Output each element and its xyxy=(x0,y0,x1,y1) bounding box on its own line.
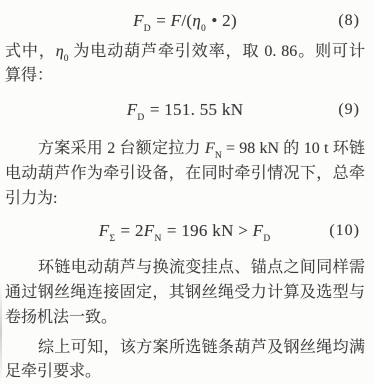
eq9-value: = 151. 55 kN xyxy=(145,100,243,119)
p2-F-subscript: N xyxy=(215,151,222,161)
eq10-mid1: = 2 xyxy=(116,221,144,240)
paragraph-scheme: 方案采用 2 台额定拉力 FN = 98 kN 的 10 t 环链 电动葫芦作为… xyxy=(5,136,365,211)
p1-eta-subscript: 0 xyxy=(64,54,69,64)
p1-text-b: 为电动葫芦牵引效率，取 0. 86。则可计 xyxy=(68,43,365,60)
equation-10-formula: FΣ = 2FN = 196 kN > FD xyxy=(99,221,271,241)
eq8-F: F xyxy=(133,11,144,30)
p2-text-a: 方案采用 2 台额定拉力 xyxy=(38,140,205,157)
equation-10-number: (10) xyxy=(329,222,360,240)
eq10-D-subscript: D xyxy=(263,234,270,244)
body-line: 通过钢丝绳连接固定，其钢丝绳受力计算及选型与 xyxy=(5,280,365,305)
eq10-F-rated: F xyxy=(144,221,155,240)
eq8-equals: = xyxy=(152,11,171,30)
body-line: 足牵引要求。 xyxy=(5,360,365,384)
eq9-F-subscript: D xyxy=(137,113,144,123)
eq10-N-subscript: N xyxy=(154,234,161,244)
eq10-mid2: = 196 kN > xyxy=(162,221,252,240)
body-line: 式中，η0 为电动葫芦牵引效率，取 0. 86。则可计 xyxy=(5,40,365,64)
paragraph-where-clause: 式中，η0 为电动葫芦牵引效率，取 0. 86。则可计 算得： xyxy=(5,40,365,88)
eq8-eta-subscript: 0 xyxy=(201,24,206,34)
journal-page: FD = F/(η0 • 2) (8) 式中，η0 为电动葫芦牵引效率，取 0.… xyxy=(0,0,374,384)
body-line: 方案采用 2 台额定拉力 FN = 98 kN 的 10 t 环链 xyxy=(5,136,365,161)
body-line: 环链电动葫芦与换流变挂点、锚点之间同样需 xyxy=(5,255,365,280)
eq10-sigma-subscript: Σ xyxy=(109,234,115,244)
paragraph-conclusion: 综上可知，该方案所选链条葫芦及钢丝绳均满 足牵引要求。 xyxy=(5,336,365,384)
eq8-eta: η xyxy=(192,11,201,30)
body-line: 卷扬机法一致。 xyxy=(5,305,365,330)
eq10-F-demand: F xyxy=(253,221,264,240)
p1-eta: η xyxy=(56,43,64,60)
p2-text-b: = 98 kN 的 10 t 环链 xyxy=(222,140,365,157)
eq10-F-total: F xyxy=(99,221,110,240)
equation-10: FΣ = 2FN = 196 kN > FD (10) xyxy=(5,211,365,251)
equation-9-number: (9) xyxy=(338,101,360,119)
p1-text-a: 式中， xyxy=(5,43,56,60)
p2-F: F xyxy=(205,140,215,157)
eq8-F-subscript: D xyxy=(144,24,151,34)
equation-8: FD = F/(η0 • 2) (8) xyxy=(5,4,365,38)
equation-8-formula: FD = F/(η0 • 2) xyxy=(133,11,237,31)
equation-9: FD = 151. 55 kN (9) xyxy=(5,88,365,132)
eq8-tail: • 2) xyxy=(207,11,237,30)
body-line: 综上可知，该方案所选链条葫芦及钢丝绳均满 xyxy=(5,336,365,360)
body-line: 算得： xyxy=(5,64,365,88)
body-line: 引力为: xyxy=(5,186,365,211)
scan-edge-artifact xyxy=(0,282,2,382)
equation-8-number: (8) xyxy=(338,12,360,30)
equation-9-formula: FD = 151. 55 kN xyxy=(127,100,244,120)
body-line: 电动葫芦作为牵引设备，在同时牵引情况下，总牵 xyxy=(5,161,365,186)
eq9-F: F xyxy=(127,100,138,119)
eq8-divide-open: /( xyxy=(181,11,192,30)
paragraph-wire-rope: 环链电动葫芦与换流变挂点、锚点之间同样需 通过钢丝绳连接固定，其钢丝绳受力计算及… xyxy=(5,255,365,330)
eq8-F-numerator: F xyxy=(171,11,182,30)
